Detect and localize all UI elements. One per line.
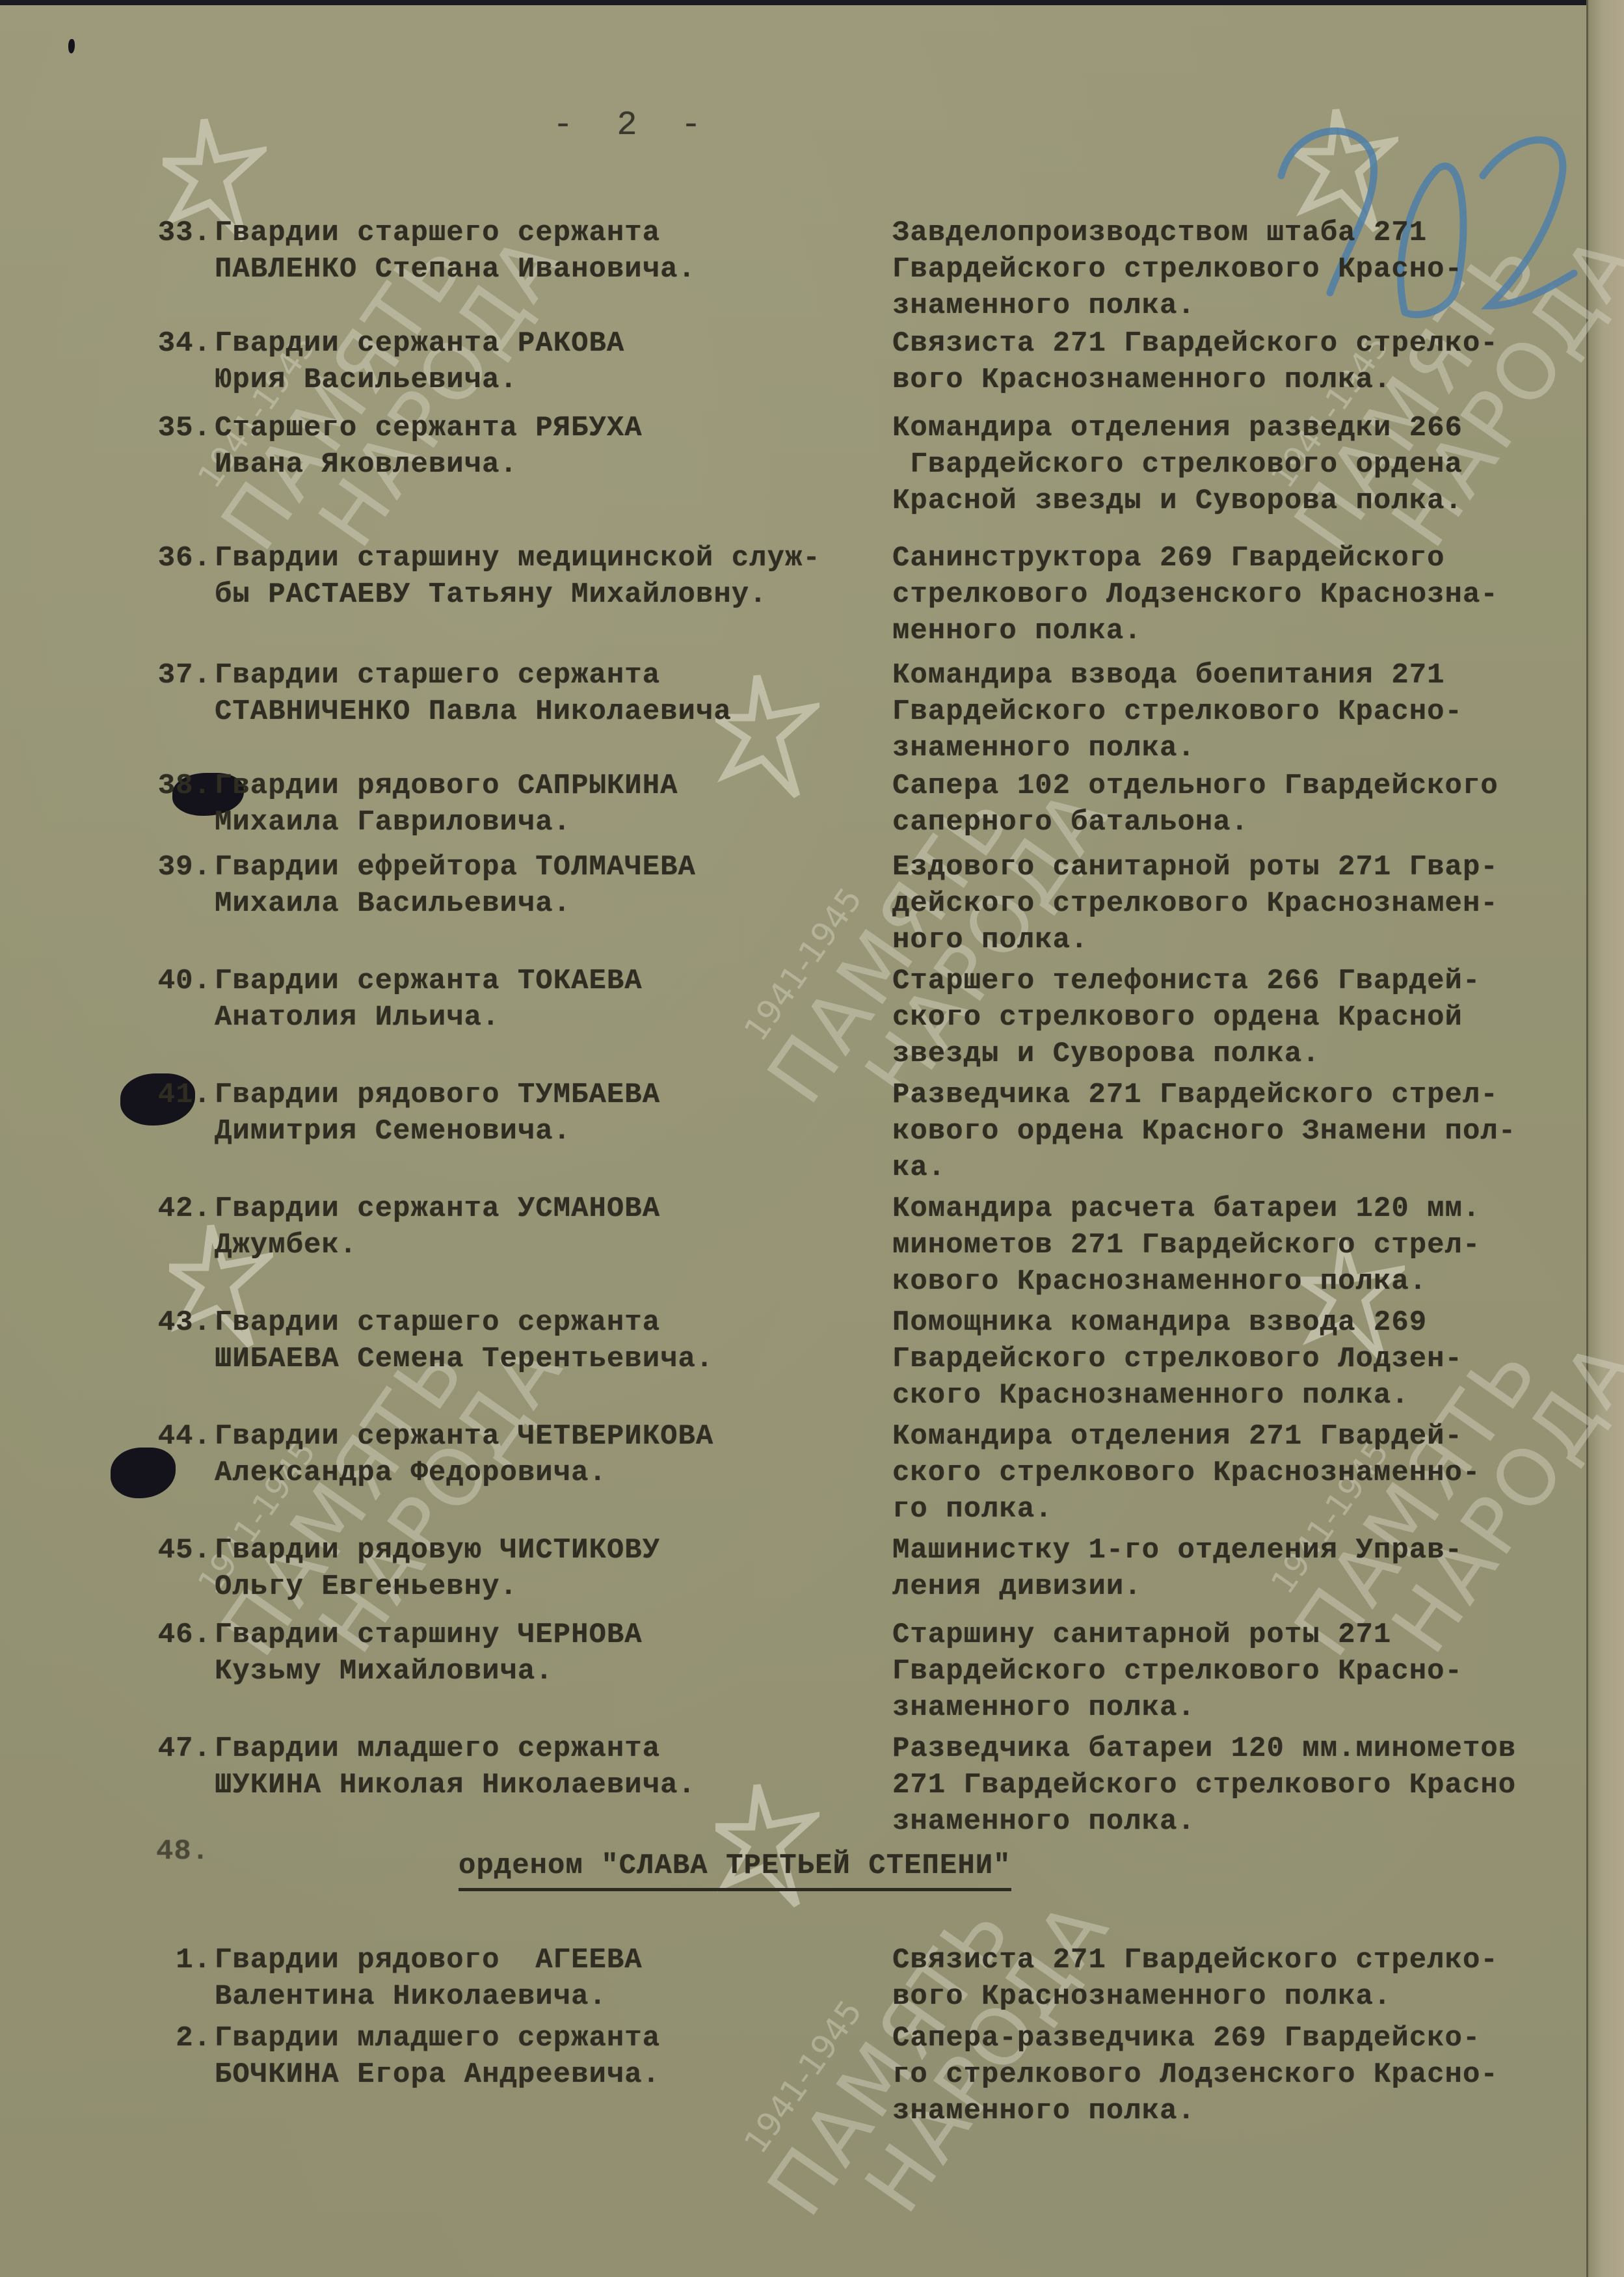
- position-line: ского стрелкового Краснознаменно-: [892, 1455, 1480, 1491]
- position-line: Гвардейского стрелкового Красно-: [892, 694, 1463, 730]
- position-line: Машинистку 1-го отделения Управ-: [892, 1532, 1463, 1569]
- scan-border: [0, 0, 1624, 5]
- entry-number: 1.: [140, 1942, 211, 1978]
- position-line: знаменного полка.: [892, 1803, 1516, 1840]
- position-line: минометов 271 Гвардейского стрел-: [892, 1227, 1480, 1263]
- entry-name: Гвардии младшего сержантаШУКИНА Николая …: [215, 1731, 696, 1803]
- entry-position: Командира отделения разведки 266 Гвардей…: [892, 410, 1463, 519]
- entry-position: Связиста 271 Гвардейского стрелко-вого К…: [892, 1942, 1498, 2015]
- position-line: 271 Гвардейского стрелкового Красно: [892, 1767, 1516, 1803]
- position-line: го полка.: [892, 1491, 1480, 1528]
- name-line: Гвардии старшего сержанта: [215, 1304, 713, 1341]
- entry-position: Разведчика 271 Гвардейского стрел-кового…: [892, 1077, 1516, 1186]
- entry-name: Гвардии сержанта РАКОВАЮрия Васильевича.: [215, 325, 624, 398]
- entry-number: 35.: [140, 410, 211, 446]
- entry-position: Санинструктора 269 Гвардейскогострелково…: [892, 540, 1498, 649]
- name-line: Александра Федоровича.: [215, 1455, 713, 1491]
- entry-name: Гвардии сержанта УСМАНОВАДжумбек.: [215, 1191, 660, 1263]
- faded-number: 48.: [156, 1833, 209, 1870]
- entry-name: Гвардии старшего сержантаПАВЛЕНКО Степан…: [215, 215, 696, 288]
- position-line: звезды и Суворова полка.: [892, 1036, 1480, 1072]
- position-line: Разведчика 271 Гвардейского стрел-: [892, 1077, 1516, 1113]
- name-line: Гвардии рядового АГЕЕВА: [215, 1942, 643, 1978]
- name-line: бы РАСТАЕВУ Татьяну Михайловну.: [215, 576, 821, 613]
- position-line: кового ордена Красного Знамени пол-: [892, 1113, 1516, 1150]
- document-page: 1941-1945 ПАМЯТЬ НАРОДА 1941-1945 ПАМЯТЬ…: [0, 0, 1624, 2277]
- entry-position: Машинистку 1-го отделения Управ-ления ди…: [892, 1532, 1463, 1605]
- position-line: дейского стрелкового Краснознамен-: [892, 885, 1498, 922]
- ink-blot: [111, 1448, 176, 1498]
- entry-position: Разведчика батареи 120 мм.минометов271 Г…: [892, 1731, 1516, 1840]
- position-line: Сапера-разведчика 269 Гвардейско-: [892, 2020, 1498, 2056]
- position-line: Командира отделения 271 Гвардей-: [892, 1418, 1480, 1455]
- position-line: вого Краснознаменного полка.: [892, 1978, 1498, 2015]
- name-line: Гвардии младшего сержанта: [215, 2020, 660, 2056]
- name-line: Гвардии старшину медицинской служ-: [215, 540, 821, 576]
- entry-position: Командира взвода боепитания 271Гвардейск…: [892, 657, 1463, 766]
- name-line: Кузьму Михайловича.: [215, 1653, 643, 1690]
- name-line: Гвардии сержанта ЧЕТВЕРИКОВА: [215, 1418, 713, 1455]
- name-line: Гвардии сержанта ТОКАЕВА: [215, 963, 643, 999]
- position-line: Разведчика батареи 120 мм.минометов: [892, 1731, 1516, 1767]
- entry-number: 38.: [140, 768, 211, 804]
- page-number: - 2 -: [553, 107, 713, 144]
- name-line: Гвардии старшего сержанта: [215, 657, 732, 694]
- position-line: знаменного полка.: [892, 730, 1463, 766]
- name-line: Старшего сержанта РЯБУХА: [215, 410, 643, 446]
- name-line: Ольгу Евгеньевну.: [215, 1569, 660, 1605]
- entry-name: Гвардии старшину ЧЕРНОВАКузьму Михайлови…: [215, 1617, 643, 1690]
- name-line: Гвардии старшего сержанта: [215, 215, 696, 251]
- name-line: Гвардии ефрейтора ТОЛМАЧЕВА: [215, 849, 696, 885]
- entry-number: 37.: [140, 657, 211, 694]
- position-line: Гвардейского стрелкового Красно-: [892, 1653, 1463, 1690]
- name-line: Ивана Яковлевича.: [215, 446, 643, 483]
- entry-name: Гвардии младшего сержантаБОЧКИНА Егора А…: [215, 2020, 660, 2093]
- position-line: менного полка.: [892, 613, 1498, 649]
- entry-name: Гвардии рядового САПРЫКИНАМихаила Гаврил…: [215, 768, 678, 841]
- ink-speck: [68, 39, 75, 53]
- entry-number: 40.: [140, 963, 211, 999]
- name-line: Гвардии рядового ТУМБАЕВА: [215, 1077, 660, 1113]
- position-line: Гвардейского стрелкового Лодзен-: [892, 1341, 1463, 1377]
- entry-name: Гвардии ефрейтора ТОЛМАЧЕВАМихаила Васил…: [215, 849, 696, 922]
- position-line: Старшину санитарной роты 271: [892, 1617, 1463, 1653]
- name-line: ШИБАЕВА Семена Терентьевича.: [215, 1341, 713, 1377]
- position-line: ления дивизии.: [892, 1569, 1463, 1605]
- position-line: Гвардейского стрелкового Красно-: [892, 251, 1463, 288]
- position-line: Старшего телефониста 266 Гвардей-: [892, 963, 1480, 999]
- position-line: стрелкового Лодзенского Краснозна-: [892, 576, 1498, 613]
- position-line: Санинструктора 269 Гвардейского: [892, 540, 1498, 576]
- position-line: Сапера 102 отдельного Гвардейского: [892, 768, 1498, 804]
- entry-number: 43.: [140, 1304, 211, 1341]
- entry-name: Гвардии рядовую ЧИСТИКОВУОльгу Евгеньевн…: [215, 1532, 660, 1605]
- position-line: кового Краснознаменного полка.: [892, 1263, 1480, 1300]
- entry-position: Сапера 102 отдельного Гвардейскогосаперн…: [892, 768, 1498, 841]
- entry-name: Гвардии рядового АГЕЕВАВалентина Николае…: [215, 1942, 643, 2015]
- name-line: Димитрия Семеновича.: [215, 1113, 660, 1150]
- position-line: ского стрелкового ордена Красной: [892, 999, 1480, 1036]
- name-line: Михаила Гавриловича.: [215, 804, 678, 841]
- position-line: Ездового санитарной роты 271 Гвар-: [892, 849, 1498, 885]
- position-line: знаменного полка.: [892, 2093, 1498, 2129]
- position-line: го стрелкового Лодзенского Красно-: [892, 2056, 1498, 2093]
- position-line: ного полка.: [892, 922, 1498, 958]
- position-line: Связиста 271 Гвардейского стрелко-: [892, 325, 1498, 362]
- entry-position: Связиста 271 Гвардейского стрелко-вого К…: [892, 325, 1498, 398]
- entry-number: 39.: [140, 849, 211, 885]
- entry-position: Командира отделения 271 Гвардей-ского ст…: [892, 1418, 1480, 1528]
- position-line: ского Краснознаменного полка.: [892, 1377, 1463, 1414]
- entry-number: 42.: [140, 1191, 211, 1227]
- entry-number: 44.: [140, 1418, 211, 1455]
- entry-number: 33.: [140, 215, 211, 251]
- position-line: Гвардейского стрелкового ордена: [892, 446, 1463, 483]
- name-line: Гвардии рядового САПРЫКИНА: [215, 768, 678, 804]
- entry-name: Гвардии старшего сержантаШИБАЕВА Семена …: [215, 1304, 713, 1377]
- entry-name: Старшего сержанта РЯБУХАИвана Яковлевича…: [215, 410, 643, 483]
- entry-number: 36.: [140, 540, 211, 576]
- entry-position: Помощника командира взвода 269Гвардейско…: [892, 1304, 1463, 1414]
- position-line: Завделопроизводством штаба 271: [892, 215, 1463, 251]
- position-line: ка.: [892, 1150, 1516, 1186]
- entry-number: 45.: [140, 1532, 211, 1569]
- position-line: Красной звезды и Суворова полка.: [892, 483, 1463, 519]
- entry-position: Командира расчета батареи 120 мм.миномет…: [892, 1191, 1480, 1300]
- name-line: Михаила Васильевича.: [215, 885, 696, 922]
- position-line: знаменного полка.: [892, 1690, 1463, 1726]
- position-line: Командира отделения разведки 266: [892, 410, 1463, 446]
- entry-position: Сапера-разведчика 269 Гвардейско-го стре…: [892, 2020, 1498, 2129]
- position-line: знаменного полка.: [892, 288, 1463, 324]
- entry-position: Завделопроизводством штаба 271Гвардейско…: [892, 215, 1463, 324]
- entry-name: Гвардии рядового ТУМБАЕВАДимитрия Семено…: [215, 1077, 660, 1150]
- name-line: БОЧКИНА Егора Андреевича.: [215, 2056, 660, 2093]
- name-line: Анатолия Ильича.: [215, 999, 643, 1036]
- entry-name: Гвардии сержанта ТОКАЕВААнатолия Ильича.: [215, 963, 643, 1036]
- position-line: Командира расчета батареи 120 мм.: [892, 1191, 1480, 1227]
- name-line: ПАВЛЕНКО Степана Ивановича.: [215, 251, 696, 288]
- name-line: Валентина Николаевича.: [215, 1978, 643, 2015]
- entry-position: Ездового санитарной роты 271 Гвар-дейско…: [892, 849, 1498, 958]
- svg-text:202: 202: [1268, 98, 1270, 98]
- position-line: саперного батальона.: [892, 804, 1498, 841]
- entry-number: 46.: [140, 1617, 211, 1653]
- entry-name: Гвардии старшего сержантаСТАВНИЧЕНКО Пав…: [215, 657, 732, 730]
- position-line: Помощника командира взвода 269: [892, 1304, 1463, 1341]
- name-line: Юрия Васильевича.: [215, 362, 624, 398]
- entry-number: 34.: [140, 325, 211, 362]
- name-line: Гвардии младшего сержанта: [215, 1731, 696, 1767]
- entry-number: 47.: [140, 1731, 211, 1767]
- entry-number: 41.: [140, 1077, 211, 1113]
- position-line: вого Краснознаменного полка.: [892, 362, 1498, 398]
- position-line: Командира взвода боепитания 271: [892, 657, 1463, 694]
- entry-name: Гвардии сержанта ЧЕТВЕРИКОВААлександра Ф…: [215, 1418, 713, 1491]
- name-line: ШУКИНА Николая Николаевича.: [215, 1767, 696, 1803]
- position-line: Связиста 271 Гвардейского стрелко-: [892, 1942, 1498, 1978]
- name-line: Гвардии сержанта УСМАНОВА: [215, 1191, 660, 1227]
- section-title: орденом "СЛАВА ТРЕТЬЕЙ СТЕПЕНИ": [459, 1848, 1011, 1891]
- name-line: Гвардии старшину ЧЕРНОВА: [215, 1617, 643, 1653]
- entry-position: Старшину санитарной роты 271Гвардейского…: [892, 1617, 1463, 1726]
- entry-name: Гвардии старшину медицинской служ-бы РАС…: [215, 540, 821, 613]
- entry-number: 2.: [140, 2020, 211, 2056]
- entry-position: Старшего телефониста 266 Гвардей-ского с…: [892, 963, 1480, 1072]
- name-line: Джумбек.: [215, 1227, 660, 1263]
- name-line: Гвардии сержанта РАКОВА: [215, 325, 624, 362]
- name-line: СТАВНИЧЕНКО Павла Николаевича: [215, 694, 732, 730]
- name-line: Гвардии рядовую ЧИСТИКОВУ: [215, 1532, 660, 1569]
